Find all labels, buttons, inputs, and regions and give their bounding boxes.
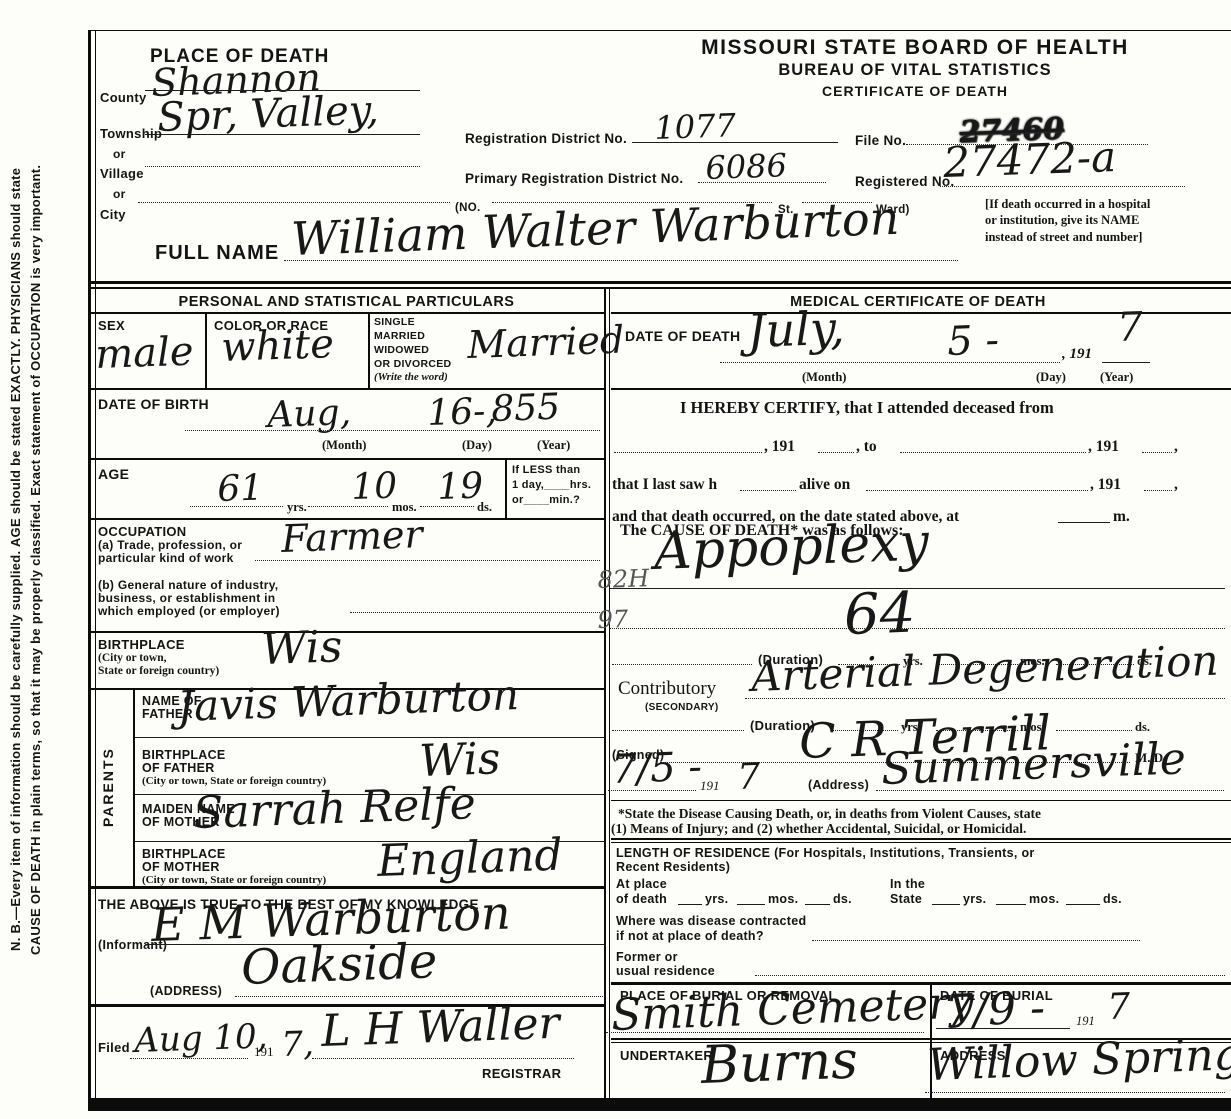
file-no-label: File No. — [855, 133, 906, 148]
death-certificate-scan: { "margin": { "line1": "N. B.—Every item… — [0, 0, 1231, 1119]
date-of-death-day: 5 - — [947, 320, 1000, 362]
certify-line-3b: alive on — [799, 476, 850, 494]
at-place-label-2: of death — [616, 892, 667, 906]
burial-year-value: 7 — [1107, 989, 1131, 1026]
registration-district-label: Registration District No. — [465, 131, 627, 146]
dod-year-cap: (Year) — [1100, 370, 1133, 385]
footnote-line-1: *State the Disease Causing Death, or, in… — [618, 806, 1041, 822]
parents-vertical-label: PARENTS — [100, 700, 116, 875]
certify-blank-7 — [1144, 490, 1172, 491]
instate-blank-2 — [996, 904, 1026, 905]
village-line — [145, 166, 420, 167]
certify-blank-4 — [1142, 452, 1172, 453]
duration2-ds-cap: ds. — [1135, 720, 1150, 735]
undertaker-label: UNDERTAKER — [620, 1048, 713, 1063]
birthplace-value: Wis — [260, 625, 343, 672]
signed-date-value: 7/5 - — [611, 747, 703, 790]
father-birthplace-label-2: OF FATHER — [142, 761, 215, 775]
former-residence-line — [755, 975, 1225, 976]
or-label-1: or — [113, 147, 126, 161]
instate-mos-cap: mos. — [1029, 892, 1059, 906]
header-divider-1 — [88, 281, 1231, 284]
marital-label-1: SINGLE — [374, 316, 415, 328]
mother-name-value: Sarrah Relfe — [192, 782, 476, 836]
dob-month-cap: (Month) — [322, 438, 366, 453]
certify-blank-8 — [1058, 522, 1110, 523]
at-place-label-1: At place — [616, 877, 667, 891]
less-than-label-1: If LESS than — [512, 464, 580, 476]
less-than-label-2: 1 day,____hrs. — [512, 479, 591, 491]
marital-label-4: OR DIVORCED — [374, 358, 451, 370]
physician-address-label: (Address) — [808, 778, 869, 792]
physician-address-value: Summersville — [880, 737, 1186, 792]
contributory-line — [745, 698, 1225, 699]
filed-year-value: 7, — [281, 1027, 315, 1062]
city-label: City — [100, 207, 126, 222]
mother-birthplace-cap: (City or town, State or foreign country) — [142, 874, 326, 886]
less-than-label-3: or____min.? — [512, 494, 580, 506]
date-of-death-label: DATE OF DEATH — [625, 328, 740, 344]
header-divider-2 — [88, 287, 1231, 289]
father-name-value: Javis Warburton — [177, 674, 520, 728]
marital-label-3: WIDOWED — [374, 344, 429, 356]
undertaker-address-line — [925, 1092, 1225, 1093]
physician-address-line — [876, 790, 1224, 791]
informant-address-value: Oakside — [240, 937, 438, 992]
mother-birthplace-label-2: OF MOTHER — [142, 860, 220, 874]
filed-date-value: Aug 10, — [134, 1019, 268, 1058]
frame-bottom-bar — [88, 1098, 1231, 1111]
race-value: white — [221, 324, 335, 368]
duration1-blank-0 — [612, 664, 752, 665]
village-label: Village — [100, 166, 144, 181]
certify-blank-1 — [614, 452, 762, 453]
registrar-signature: L H Waller — [320, 1002, 560, 1054]
registrar-label: REGISTRAR — [482, 1066, 561, 1081]
age-yrs-line — [190, 506, 283, 507]
county-label: County — [100, 90, 147, 105]
city-line — [138, 202, 450, 203]
dob-line — [185, 430, 600, 431]
burial-year-printed: 191 — [1076, 1014, 1095, 1029]
occupation-b-line — [350, 612, 600, 613]
sex-value: male — [95, 332, 195, 375]
occupation-b-label-1: (b) General nature of industry, — [98, 578, 278, 592]
occupation-a-label-2: particular kind of work — [98, 551, 234, 565]
cause-line-2 — [610, 628, 1225, 629]
sex-race-divider — [205, 312, 207, 390]
frame-top — [88, 30, 1231, 31]
date-of-death-year-line — [1102, 362, 1150, 363]
atplace-mos-cap: mos. — [768, 892, 798, 906]
frame-left-outer — [88, 30, 91, 1100]
in-the-label-2: State — [890, 892, 922, 906]
margin-note-line2: CAUSE OF DEATH in plain terms, so that i… — [28, 0, 43, 1119]
atplace-yrs-cap: yrs. — [705, 892, 728, 906]
cause-of-death-value: Appoplexy — [653, 516, 929, 578]
certify-line-1: I HEREBY CERTIFY, that I attended deceas… — [680, 398, 1054, 418]
footnote-bottom-rule-2 — [611, 842, 1231, 843]
margin-note-line1: N. B.—Every item of information should b… — [8, 0, 23, 1119]
informant-address-line — [235, 996, 605, 997]
frame-left-inner — [95, 30, 96, 1100]
filed-year-printed: 191 — [254, 1044, 274, 1060]
undertaker-address-value: Willow Springs — [926, 1032, 1231, 1088]
secondary-cap: (SECONDARY) — [645, 702, 719, 713]
contracted-label-1: Where was disease contracted — [616, 914, 806, 928]
marital-value: Married — [467, 321, 625, 364]
township-line — [145, 134, 420, 135]
atplace-blank-1 — [678, 904, 702, 905]
age-ds-cap: ds. — [477, 500, 492, 515]
certify-line-3a: that I last saw h — [612, 476, 717, 494]
date-of-death-year: 7 — [1117, 307, 1144, 348]
contributory-value: Arterial Degeneration — [751, 640, 1220, 698]
instate-blank-3 — [1066, 904, 1100, 905]
signed-date-line — [608, 790, 696, 791]
cause-code-value: 64 — [843, 586, 916, 644]
atplace-blank-3 — [805, 904, 830, 905]
cause-line-1 — [610, 588, 1225, 589]
registration-district-value: 1077 — [654, 109, 737, 144]
marital-write-word-cap: (Write the word) — [374, 371, 448, 383]
occupation-bottom-rule — [88, 631, 605, 633]
certify-blank-2 — [818, 452, 854, 453]
age-months-value: 10 — [351, 468, 398, 506]
personal-title-rule — [88, 312, 605, 314]
race-marital-divider — [368, 312, 370, 390]
registrar-signature-line — [312, 1058, 574, 1059]
occupation-a-label-1: (a) Trade, profession, or — [98, 538, 242, 552]
less-than-box-divider — [505, 458, 507, 518]
dob-bottom-rule — [88, 458, 605, 460]
contracted-line — [812, 940, 1140, 941]
certify-line-4b: m. — [1113, 508, 1130, 526]
occupation-label: OCCUPATION — [98, 524, 186, 539]
full-name-label: FULL NAME — [155, 242, 279, 265]
dob-day-value: 16-, — [427, 394, 498, 432]
age-mos-line — [308, 506, 388, 507]
duration2-blank-3 — [1056, 730, 1132, 731]
dob-label: DATE OF BIRTH — [98, 396, 209, 412]
full-name-line — [284, 260, 958, 261]
registered-no-line — [940, 186, 1185, 187]
signed-year-printed: 191 — [700, 778, 720, 794]
certify-comma-1: , — [1174, 438, 1178, 456]
father-birthplace-label-1: BIRTHPLACE — [142, 748, 226, 762]
instate-ds-cap: ds. — [1103, 892, 1122, 906]
filed-date-line — [130, 1058, 248, 1059]
certify-191-1: , 191 — [764, 438, 795, 456]
primary-district-value: 6086 — [705, 149, 788, 184]
dob-year-value: 855 — [491, 390, 561, 428]
mother-birthplace-label-1: BIRTHPLACE — [142, 847, 226, 861]
burial-date-line — [936, 1028, 1070, 1029]
full-name-value: William Walter Warburton — [290, 195, 900, 262]
registered-no-value: 27472-a — [943, 136, 1117, 184]
dob-month-value: Aug, — [267, 395, 352, 434]
footnote-bottom-rule-1 — [611, 838, 1231, 840]
dob-day-cap: (Day) — [462, 438, 492, 453]
occupation-a-line — [255, 560, 600, 561]
column-divider-1 — [604, 289, 606, 1098]
father-name-line — [135, 737, 605, 738]
mother-birthplace-value: England — [376, 834, 563, 884]
burial-place-value: Smith Cemetery — [610, 981, 974, 1038]
signed-year-value: 7 — [737, 759, 761, 796]
instate-blank-1 — [932, 904, 960, 905]
certify-blank-6 — [866, 490, 1088, 491]
occupation-b-label-3: which employed (or employer) — [98, 604, 280, 618]
occupation-b-label-2: business, or establishment in — [98, 591, 275, 605]
footnote-top-rule — [611, 800, 1231, 801]
personal-title: PERSONAL AND STATISTICAL PARTICULARS — [88, 294, 605, 310]
certify-191-3: , 191 — [1090, 476, 1121, 494]
filed-label: Filed — [98, 1040, 130, 1055]
contracted-label-2: if not at place of death? — [616, 929, 764, 943]
residence-title-2: Recent Residents) — [616, 860, 730, 874]
undertaker-value: Burns — [700, 1035, 858, 1092]
dod-day-cap: (Day) — [1036, 370, 1066, 385]
or-label-2: or — [113, 187, 126, 201]
footnote-line-2: (1) Means of Injury; and (2) whether Acc… — [611, 821, 1026, 837]
date-of-death-year-printed: , 191 — [1062, 346, 1092, 363]
dod-month-cap: (Month) — [802, 370, 846, 385]
age-ds-line — [420, 506, 474, 507]
dob-year-cap: (Year) — [537, 438, 570, 453]
hospital-note: [If death occurred in a hospital or inst… — [985, 196, 1157, 245]
father-birthplace-value: Wis — [418, 737, 501, 784]
board-title: MISSOURI STATE BOARD OF HEALTH — [630, 36, 1200, 60]
birthplace-cap-1: (City or town, — [98, 652, 166, 664]
informant-address-label: (ADDRESS) — [150, 984, 222, 998]
birthplace-cap-2: State or foreign country) — [98, 665, 219, 677]
duration2-blank-0 — [612, 730, 744, 731]
certificate-title: CERTIFICATE OF DEATH — [630, 83, 1200, 99]
marital-label-2: MARRIED — [374, 330, 425, 342]
instate-yrs-cap: yrs. — [963, 892, 986, 906]
former-residence-label-1: Former or — [616, 950, 678, 964]
date-of-death-line — [720, 362, 1060, 363]
atplace-ds-cap: ds. — [833, 892, 852, 906]
burial-date-value: 7/9 - — [944, 987, 1045, 1034]
primary-district-label: Primary Registration District No. — [465, 171, 683, 186]
margin-note: N. B.—Every item of information should b… — [8, 0, 43, 1119]
certify-191-2: , 191 — [1088, 438, 1119, 456]
age-label: AGE — [98, 466, 129, 482]
birthplace-label: BIRTHPLACE — [98, 637, 185, 652]
certify-blank-5 — [740, 490, 796, 491]
former-residence-label-2: usual residence — [616, 964, 715, 978]
certify-blank-3 — [900, 452, 1086, 453]
dod-bottom-rule — [611, 388, 1231, 390]
township-value: Spr, Valley, — [157, 90, 380, 138]
residence-title-1: LENGTH OF RESIDENCE (For Hospitals, Inst… — [616, 846, 1035, 860]
contributory-label: Contributory — [618, 678, 716, 700]
column-divider-2 — [609, 289, 610, 1098]
age-yrs-cap: yrs. — [287, 500, 307, 515]
bureau-title: BUREAU OF VITAL STATISTICS — [630, 61, 1200, 80]
age-years-value: 61 — [217, 470, 264, 508]
in-the-label-1: In the — [890, 877, 925, 891]
certify-to: , to — [856, 438, 877, 456]
occupation-a-value: Farmer — [281, 515, 424, 558]
atplace-blank-2 — [737, 904, 765, 905]
registration-district-line — [632, 142, 838, 143]
certify-comma-2: , — [1174, 476, 1178, 494]
parents-group-divider — [133, 688, 135, 886]
date-of-death-month: July, — [746, 305, 845, 354]
primary-district-line — [698, 182, 826, 183]
parents-bottom-rule — [88, 886, 605, 889]
